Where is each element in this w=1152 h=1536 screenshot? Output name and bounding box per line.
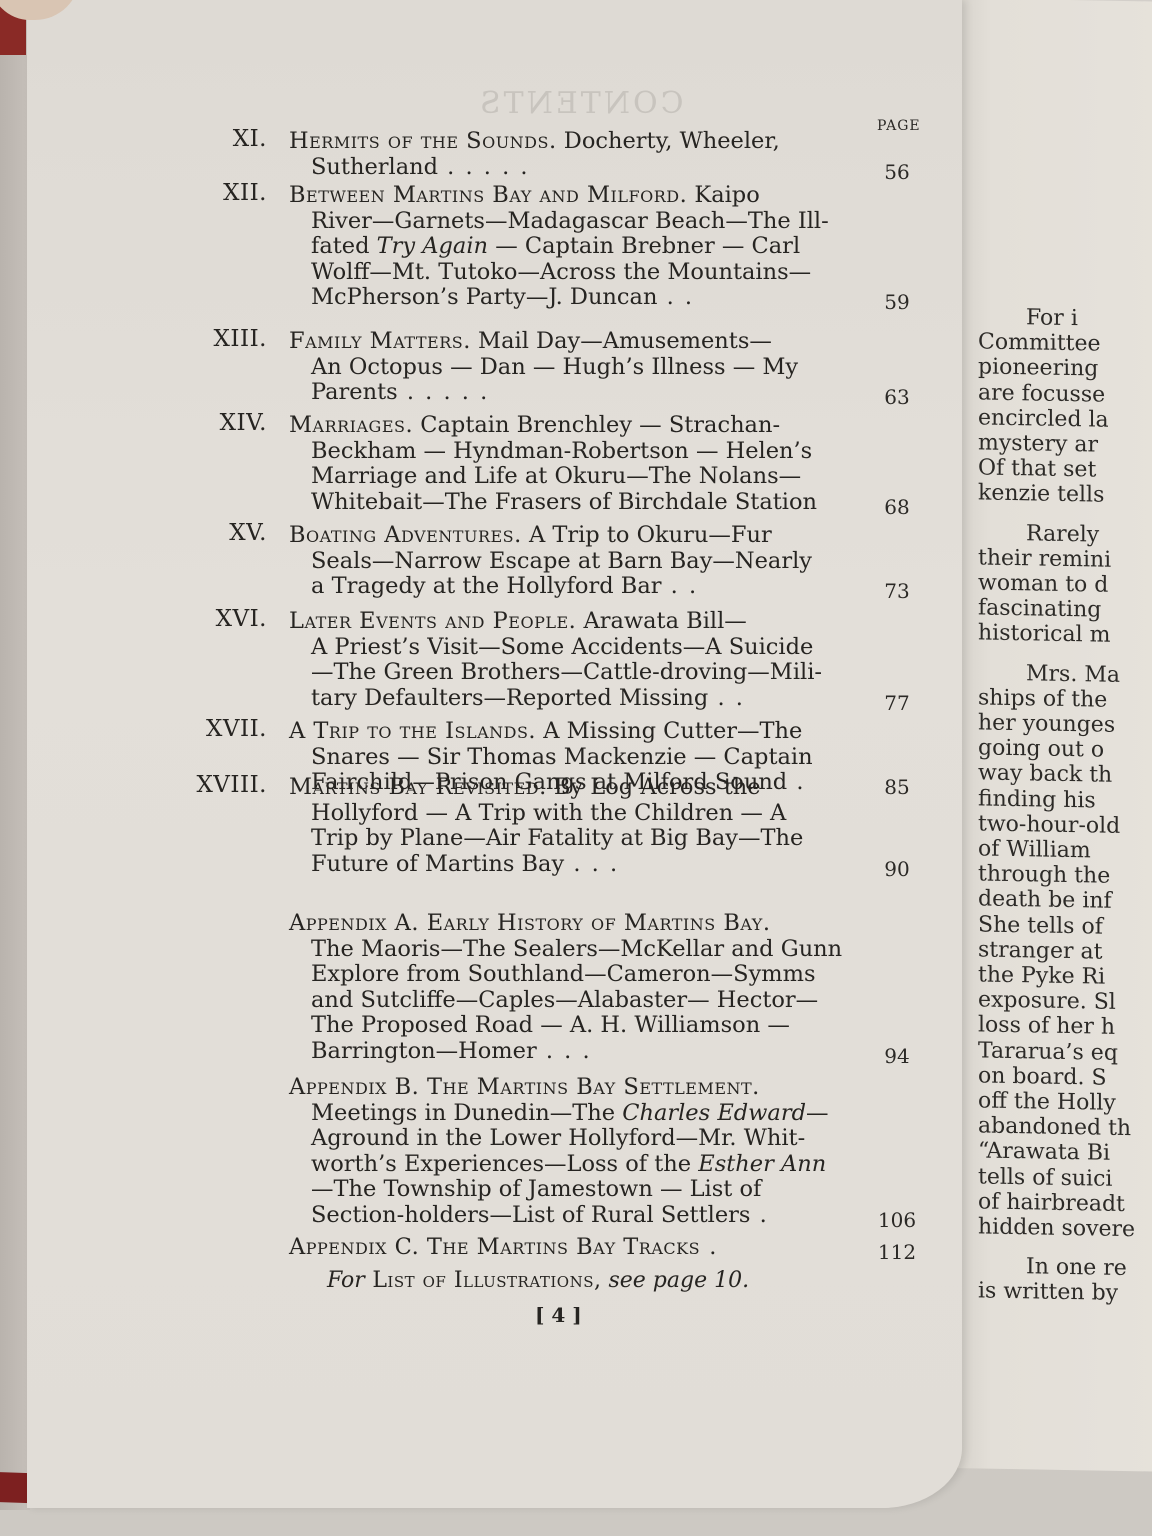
page-ref: 63 (872, 385, 922, 409)
body-text-line: mystery ar (978, 430, 1098, 457)
entry-line: tary Defaulters—Reported Missing . . (311, 685, 745, 711)
body-text-line: the Pyke Ri (978, 962, 1105, 989)
entry-line: Section-holders—List of Rural Settlers . (311, 1202, 769, 1228)
chapter-topics: — (806, 1100, 829, 1126)
page-ref: 85 (872, 775, 922, 799)
body-text-line: going out o (978, 736, 1104, 763)
ship-name: Try Again (377, 233, 488, 259)
chapter-topics: Section-holders—List of Rural Settlers (311, 1202, 750, 1228)
body-text-line: Rarely (1026, 521, 1099, 547)
right-page-text: For iCommitteepioneeringare focusseencir… (958, 0, 1152, 2)
entry-line: Snares — Sir Thomas Mackenzie — Captain (311, 744, 813, 770)
entry-line: Appendix C. The Martins Bay Tracks . (289, 1234, 718, 1260)
chapter-title: Martins Bay Revisited. (289, 774, 547, 800)
chapter-topics: Sutherland (311, 154, 438, 180)
chapter-title: Later Events and People. (289, 608, 576, 634)
body-text-line: abandoned th (978, 1114, 1131, 1142)
chapter-topics: Captain Brenchley — Strachan- (413, 412, 780, 438)
chapter-numeral: XVIII. (196, 772, 267, 798)
entry-line: Aground in the Lower Hollyford—Mr. Whit- (311, 1125, 805, 1151)
chapter-topics: Mail Day—Amusements— (471, 328, 772, 354)
chapter-topics: Wolff—Mt. Tutoko—Across the Mountains— (311, 259, 811, 285)
page-ref: 112 (872, 1240, 922, 1264)
chapter-topics: By Log Across the (547, 774, 761, 800)
entry-line: Barrington—Homer . . . (311, 1038, 592, 1064)
page-ref: 56 (872, 160, 922, 184)
note-tail: see page 10. (601, 1268, 749, 1293)
entry-line: Hermits of the Sounds. Docherty, Wheeler… (289, 128, 780, 154)
body-text-line: death be inf (978, 887, 1112, 914)
chapter-title: Appendix C. The Martins Bay Tracks (289, 1234, 700, 1260)
body-text-line: their remini (978, 545, 1111, 572)
chapter-title: Boating Adventures. (289, 522, 522, 548)
leader-dots: . . (662, 573, 699, 599)
entry-line: a Tragedy at the Hollyford Bar . . (311, 573, 698, 599)
entry-line: —The Township of Jamestown — List of (311, 1176, 761, 1202)
chapter-topics: —The Township of Jamestown — List of (311, 1176, 761, 1202)
entry-line: Marriage and Life at Okuru—The Nolans— (311, 463, 801, 489)
illustrations-note: For List of Illustrations, see page 10. (327, 1268, 749, 1293)
entry-line: Appendix B. The Martins Bay Settlement. (289, 1074, 760, 1100)
entry-line: —The Green Brothers—Cattle-droving—Mili- (311, 659, 822, 685)
chapter-topics: A Priest’s Visit—Some Accidents—A Suicid… (311, 634, 813, 660)
body-text-line: fascinating (978, 596, 1101, 623)
body-text-line: of hairbreadt (978, 1189, 1125, 1217)
page-number: [ 4 ] (535, 1303, 582, 1327)
chapter-title: Marriages. (289, 412, 413, 438)
body-text-line: hidden sovere (978, 1214, 1135, 1242)
chapter-topics: A Trip to Okuru—Fur (522, 522, 772, 548)
body-text-line: tells of suici (978, 1164, 1112, 1191)
chapter-topics: worth’s Experiences—Loss of the (311, 1151, 698, 1177)
entry-line: An Octopus — Dan — Hugh’s Illness — My (311, 354, 798, 380)
chapter-topics: Meetings in Dunedin—The (311, 1100, 622, 1126)
chapter-numeral: XII. (223, 180, 267, 206)
chapter-title: Appendix B. The Martins Bay Settlement. (289, 1074, 760, 1100)
chapter-topics: An Octopus — Dan — Hugh’s Illness — My (311, 354, 798, 380)
entry-line: Sutherland . . . . . (311, 154, 530, 180)
entry-line: and Sutcliffe—Caples—Alabaster— Hector— (311, 987, 818, 1013)
right-page: For iCommitteepioneeringare focusseencir… (958, 0, 1152, 1472)
chapter-topics: Beckham — Hyndman-Robertson — Helen’s (311, 438, 812, 464)
page-ref: 68 (872, 495, 922, 519)
body-text-line: kenzie tells (978, 481, 1104, 508)
body-text-line: of William (978, 836, 1091, 863)
entry-line: Marriages. Captain Brenchley — Strachan- (289, 412, 780, 438)
chapter-topics: River—Garnets—Madagascar Beach—The Ill- (311, 208, 829, 234)
chapter-title: A Trip to the Islands. (289, 718, 536, 744)
body-text-line: Committee (978, 330, 1101, 357)
chapter-topics: Explore from Southland—Cameron—Symms (311, 961, 816, 987)
body-text-line: her younges (978, 710, 1115, 737)
chapter-topics: Aground in the Lower Hollyford—Mr. Whit- (311, 1125, 805, 1151)
chapter-title: Hermits of the Sounds. (289, 128, 557, 154)
entry-line: fated Try Again — Captain Brebner — Carl (311, 233, 800, 259)
chapter-topics: The Maoris—The Sealers—McKellar and Gunn (311, 936, 842, 962)
body-text-line: historical m (978, 621, 1110, 648)
entry-line: A Trip to the Islands. A Missing Cutter—… (289, 718, 802, 744)
chapter-numeral: XVII. (206, 716, 267, 742)
leader-dots: . (750, 1202, 768, 1228)
page-ref: 73 (872, 579, 922, 603)
leader-dots: . . . (564, 851, 619, 877)
leader-dots: . (787, 769, 805, 795)
chapter-title: Between Martins Bay and Milford. (289, 182, 687, 208)
chapter-topics: A Missing Cutter—The (536, 718, 802, 744)
leader-dots: . . (708, 685, 745, 711)
chapter-topics: Docherty, Wheeler, (557, 128, 780, 154)
entry-line: Future of Martins Bay . . . (311, 851, 619, 877)
body-text-line: encircled la (978, 405, 1109, 432)
body-text-line: loss of her h (978, 1013, 1115, 1040)
leader-dots: . . . (537, 1038, 592, 1064)
note-lead: For (327, 1268, 365, 1293)
page-ref: 94 (872, 1044, 922, 1068)
chapter-title: Appendix A. Early History of Martins Bay… (289, 910, 771, 936)
body-text-line: way back th (978, 761, 1112, 788)
chapter-topics: fated (311, 233, 377, 259)
entry-line: Wolff—Mt. Tutoko—Across the Mountains— (311, 259, 811, 285)
note-middle: List of Illustrations, (365, 1268, 602, 1293)
leader-dots: . (700, 1234, 718, 1260)
entry-line: Martins Bay Revisited. By Log Across the (289, 774, 761, 800)
ship-name: Esther Ann (698, 1151, 826, 1177)
body-text-line: ships of the (978, 685, 1107, 712)
chapter-topics: a Tragedy at the Hollyford Bar (311, 573, 662, 599)
body-text-line: are focusse (978, 380, 1105, 407)
chapter-topics: Marriage and Life at Okuru—The Nolans— (311, 463, 801, 489)
entry-line: River—Garnets—Madagascar Beach—The Ill- (311, 208, 829, 234)
body-text-line: finding his (978, 786, 1096, 813)
body-text-line: She tells of (978, 912, 1103, 939)
body-text-line: Mrs. Ma (1026, 661, 1120, 688)
body-text-line: Of that set (978, 456, 1096, 483)
chapter-topics: Barrington—Homer (311, 1038, 537, 1064)
body-text-line: woman to d (978, 570, 1108, 597)
entry-line: Meetings in Dunedin—The Charles Edward— (311, 1100, 828, 1126)
chapter-topics: McPherson’s Party—J. Duncan (311, 284, 657, 310)
body-text-line: two-hour-old (978, 811, 1120, 838)
chapter-topics: and Sutcliffe—Caples—Alabaster— Hector— (311, 987, 818, 1013)
entry-line: Beckham — Hyndman-Robertson — Helen’s (311, 438, 812, 464)
chapter-topics: Parents (311, 379, 398, 405)
chapter-topics: Hollyford — A Trip with the Children — A (311, 800, 786, 826)
book-photo: For iCommitteepioneeringare focusseencir… (0, 0, 1152, 1536)
entry-line: Family Matters. Mail Day—Amusements— (289, 328, 772, 354)
chapter-numeral: XIV. (220, 410, 267, 436)
chapter-numeral: XVI. (216, 606, 267, 632)
chapter-numeral: XIII. (214, 326, 267, 352)
entry-line: Parents . . . . . (311, 379, 489, 405)
book-cover-edge (0, 0, 30, 1510)
body-text-line: For i (1026, 305, 1078, 331)
entry-line: Between Martins Bay and Milford. Kaipo (289, 182, 760, 208)
entry-line: A Priest’s Visit—Some Accidents—A Suicid… (311, 634, 813, 660)
leader-dots: . . . . . (398, 379, 490, 405)
chapter-topics: —The Green Brothers—Cattle-droving—Mili- (311, 659, 822, 685)
chapter-topics: Trip by Plane—Air Fatality at Big Bay—Th… (311, 825, 803, 851)
entry-line: The Maoris—The Sealers—McKellar and Gunn (311, 936, 842, 962)
body-text-line: on board. S (978, 1063, 1107, 1090)
entry-line: Boating Adventures. A Trip to Okuru—Fur (289, 522, 772, 548)
body-text-line: exposure. Sl (978, 988, 1116, 1015)
leader-dots: . . . . . (438, 154, 530, 180)
entry-line: Appendix A. Early History of Martins Bay… (289, 910, 771, 936)
entry-line: Explore from Southland—Cameron—Symms (311, 961, 816, 987)
chapter-numeral: XV. (229, 520, 267, 546)
body-text-line: pioneering (978, 355, 1098, 382)
chapter-topics: The Proposed Road — A. H. Williamson — (311, 1012, 790, 1038)
entry-line: The Proposed Road — A. H. Williamson — (311, 1012, 790, 1038)
chapter-topics: — Captain Brebner — Carl (488, 233, 800, 259)
entry-line: Whitebait—The Frasers of Birchdale Stati… (311, 489, 817, 515)
body-text-line: off the Holly (978, 1088, 1116, 1115)
chapter-topics: Snares — Sir Thomas Mackenzie — Captain (311, 744, 813, 770)
page-ref: 90 (872, 857, 922, 881)
page-ref: 77 (872, 691, 922, 715)
body-text-line: is written by (978, 1279, 1118, 1306)
body-text-line: stranger at (978, 937, 1103, 964)
leader-dots: . . (657, 284, 694, 310)
entry-line: worth’s Experiences—Loss of the Esther A… (311, 1151, 826, 1177)
entry-line: Later Events and People. Arawata Bill— (289, 608, 747, 634)
page-ref: 59 (872, 290, 922, 314)
body-text-line: through the (978, 862, 1110, 889)
chapter-topics: tary Defaulters—Reported Missing (311, 685, 708, 711)
chapter-numeral: XI. (233, 126, 267, 152)
left-page-contents: CONTENTS PAGE XI.Hermits of the Sounds. … (27, 0, 962, 1508)
entry-line: Seals—Narrow Escape at Barn Bay—Nearly (311, 548, 812, 574)
chapter-topics: Seals—Narrow Escape at Barn Bay—Nearly (311, 548, 812, 574)
entry-line: Hollyford — A Trip with the Children — A (311, 800, 786, 826)
body-text-line: In one re (1026, 1254, 1127, 1281)
chapter-topics: Future of Martins Bay (311, 851, 564, 877)
chapter-topics: Arawata Bill— (576, 608, 746, 634)
chapter-title: Family Matters. (289, 328, 471, 354)
chapter-topics: Whitebait—The Frasers of Birchdale Stati… (311, 489, 817, 515)
body-text-line: Tararua’s eq (978, 1038, 1118, 1065)
page-ref: 106 (872, 1208, 922, 1232)
body-text-line: “Arawata Bi (978, 1139, 1110, 1166)
entry-line: Trip by Plane—Air Fatality at Big Bay—Th… (311, 825, 803, 851)
entry-line: McPherson’s Party—J. Duncan . . (311, 284, 694, 310)
chapter-topics: Kaipo (687, 182, 760, 208)
ship-name: Charles Edward (622, 1100, 806, 1126)
